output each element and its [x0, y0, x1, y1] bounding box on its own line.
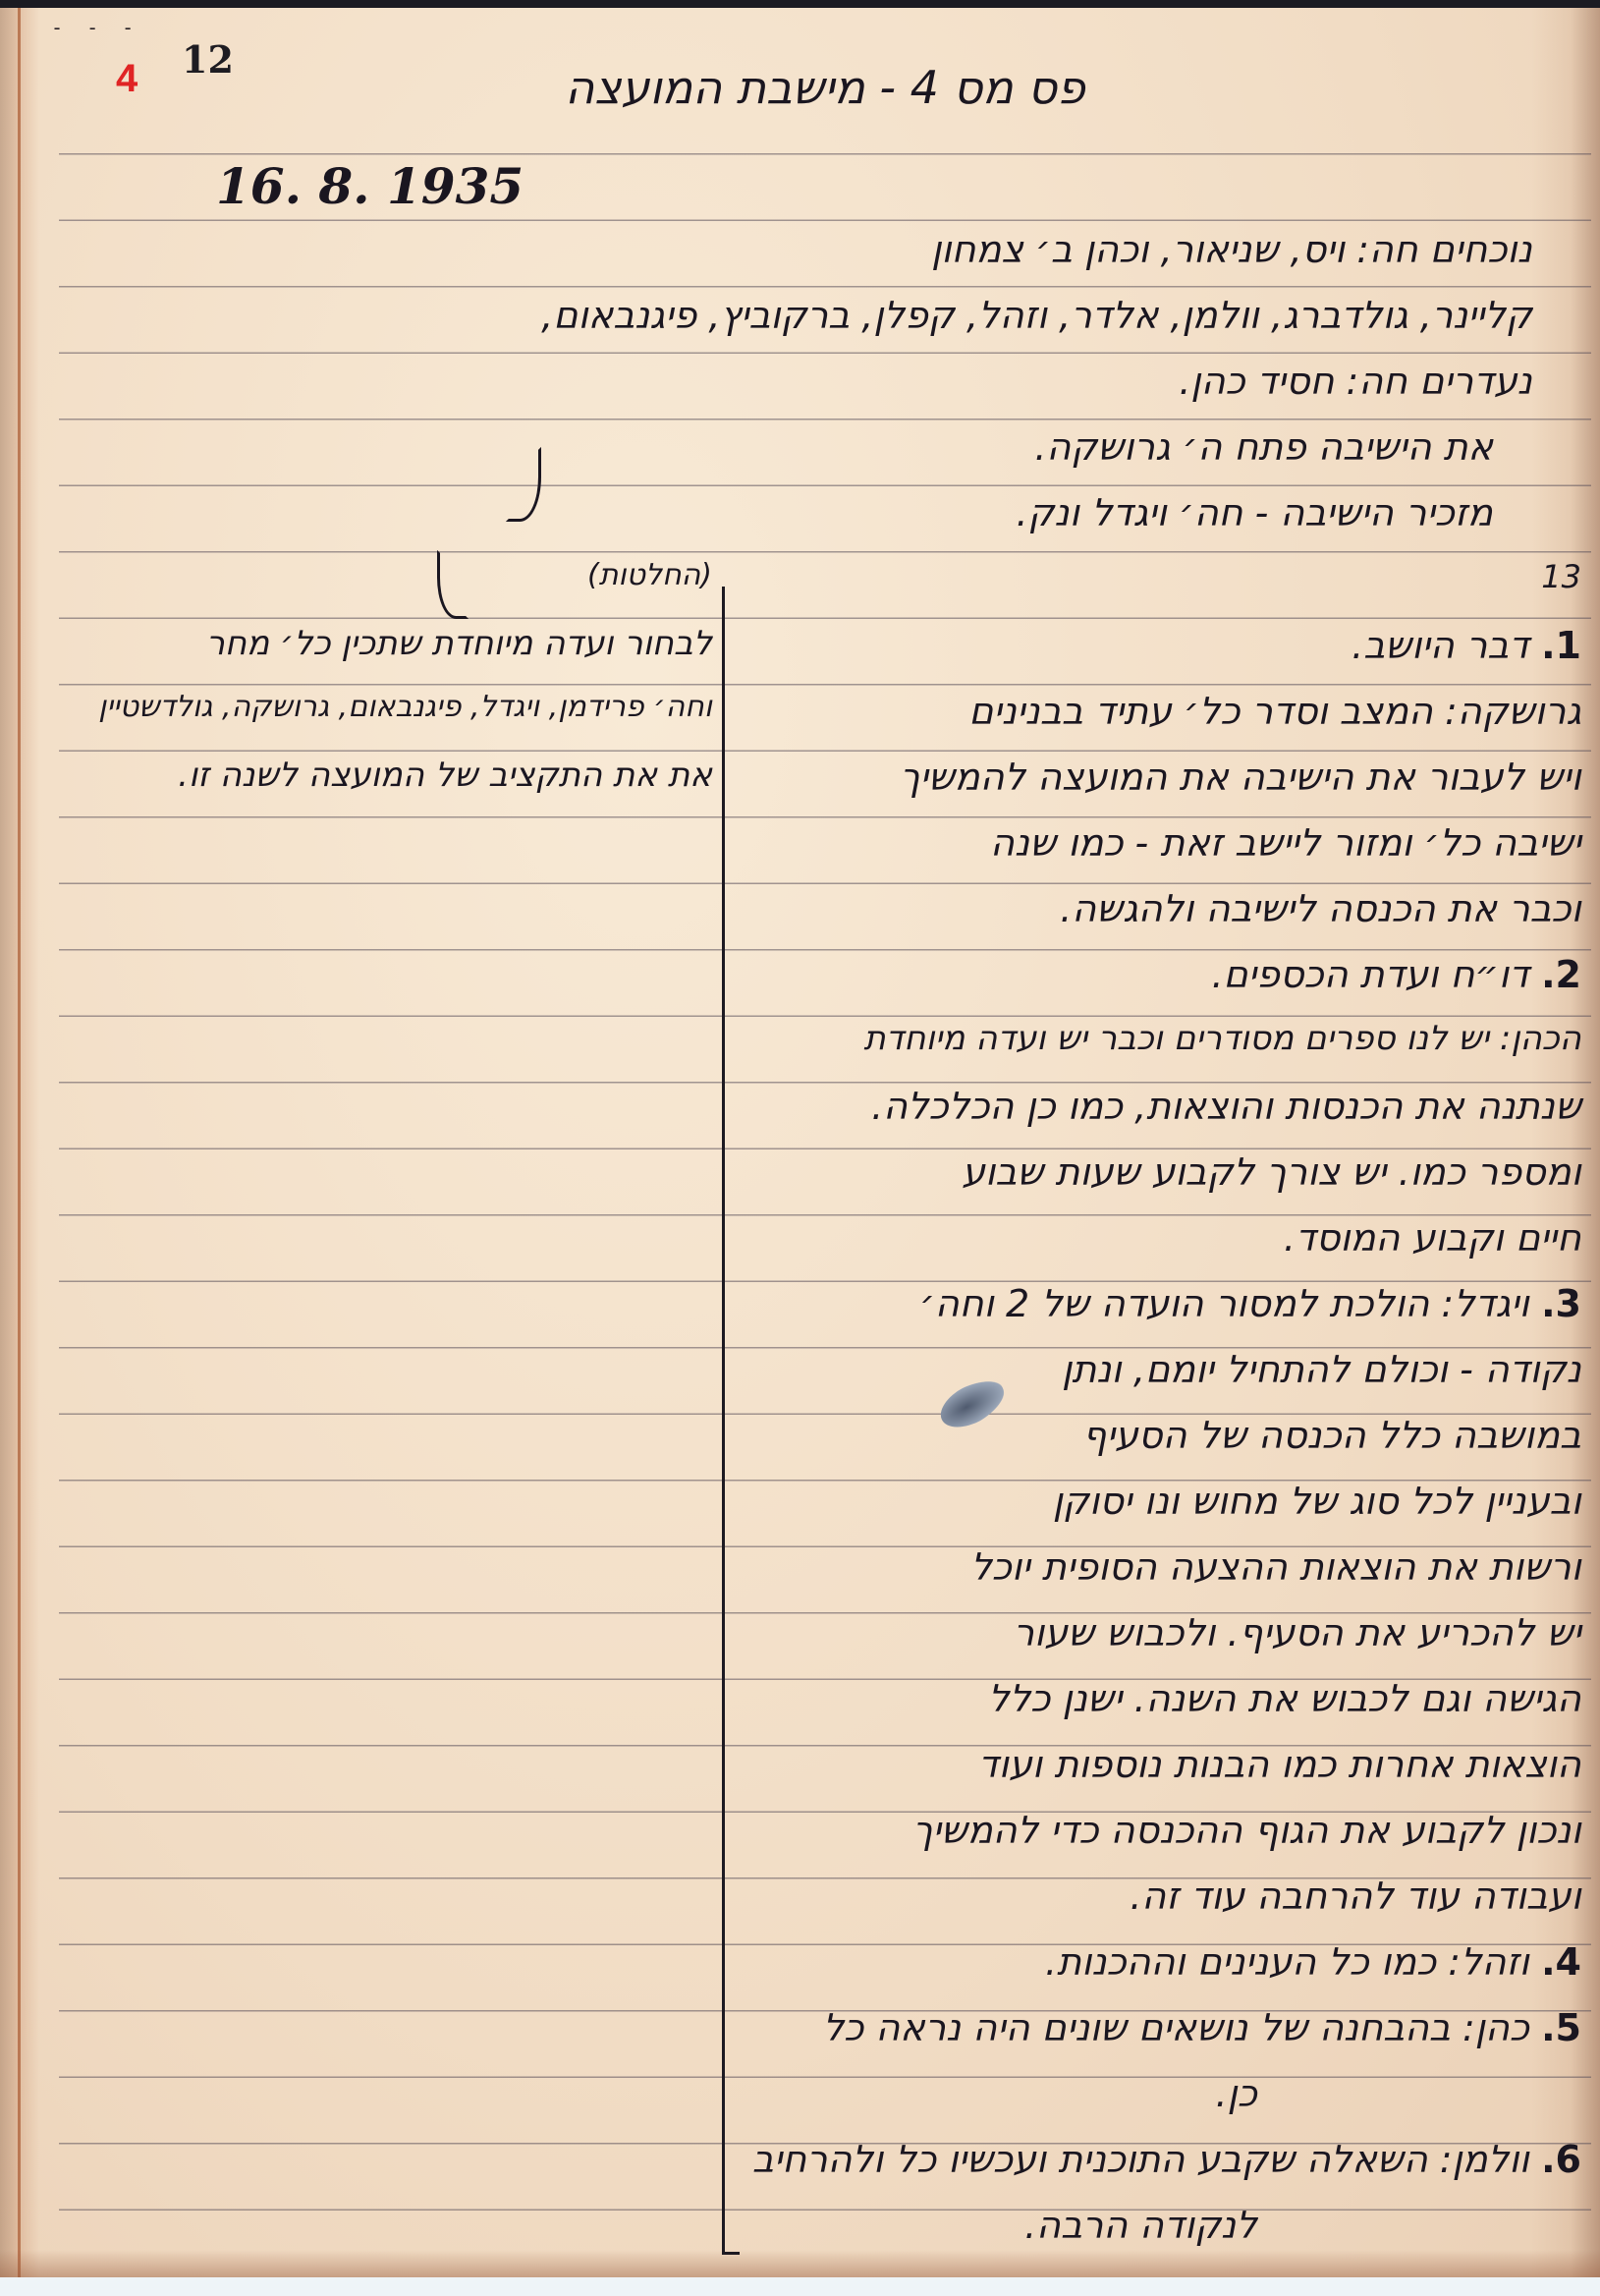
page-margin-line — [18, 8, 21, 2277]
header-dashes: - - - — [51, 16, 139, 39]
page-title: פס מס 4 - מישבת המועצה — [471, 61, 1179, 114]
scan-top-edge — [0, 0, 1600, 8]
agenda-line: יש להכריע את הסעיף. ולכבוש שעור — [746, 1611, 1581, 1654]
agenda-item-title: דו״ח ועדת הכספים. — [1211, 953, 1529, 996]
decision-line: לבחור ועדה מיוחדת שתכין כל׳ מחר — [54, 624, 712, 663]
column-marker: 13 — [746, 558, 1581, 595]
secretary-line: מזכיר הישיבה - חה׳ ויגדל ונק. — [393, 491, 1493, 534]
decisions-heading: (החלטות) — [54, 558, 712, 592]
agenda-line: ונכון לקבוע את הגוף ההכנסה כדי להמשיך — [746, 1809, 1581, 1852]
meeting-date: 16. 8. 1935 — [216, 157, 524, 215]
attendees-line-1: נוכחים חה: ויס, שניאור, וכהן ב׳ צמחון — [324, 228, 1532, 271]
page-stamp: 4 — [116, 57, 138, 101]
agenda-line: 3. ויגדל: הולכת למסור הועדה של 2 וחה׳ — [746, 1282, 1581, 1325]
agenda-line: ישיבה כל׳ ומזור ליישב זאת - כמו שנה — [746, 821, 1581, 865]
agenda-line: הגישה וגם לכבוש את השנה. ישנן כלל — [746, 1677, 1581, 1720]
agenda-line: חיים וקבוע המוסד. — [746, 1216, 1581, 1260]
agenda-line: ובעניין לכל סוג של מחוש ונו יסוקן — [746, 1480, 1581, 1523]
decision-line: את את התקציב של המועצה לשנה זו. — [54, 756, 712, 795]
agenda-line: נקודה - וכולם להתחיל יומם, ונתן — [746, 1348, 1581, 1391]
opened-by-line: את הישיבה פתח ה׳ גרושקה. — [393, 425, 1493, 469]
notebook-page: - - - 4 12 פס מס 4 - מישבת המועצה 16. 8.… — [0, 0, 1600, 2296]
agenda-line: וכבר את הכנסה לישיבה ולהגשה. — [746, 887, 1581, 930]
agenda-line: הוצאות אחרות כמו הבנות נוספות ועוד — [746, 1743, 1581, 1786]
agenda-item-number: 3. — [1541, 1282, 1581, 1325]
agenda-line: הכהן: יש לנו ספרים מסודרים וכבר יש ועדה … — [746, 1019, 1581, 1058]
attendees-line-2: קליינר, גולדברג, וולמן, אלדר, וזהל, קפלן… — [98, 294, 1532, 337]
agenda-line: גרושקה: המצב וסדר כל׳ עתיד בבנינים — [746, 690, 1581, 733]
agenda-line: במושבה כלל הכנסה של הסעיף — [746, 1414, 1581, 1457]
agenda-line: שנתנה את הכנסות והוצאות, כמו כן הכלכלה. — [746, 1085, 1581, 1128]
page-number: 12 — [182, 37, 234, 82]
agenda-item-heading: 2. דו״ח ועדת הכספים. — [746, 953, 1581, 996]
agenda-line: 4. וזהל: כמו כל הענינים וההכנות. — [746, 1940, 1581, 1984]
scan-bottom-edge — [0, 2277, 1600, 2296]
agenda-item-number: 5. — [1541, 2006, 1581, 2049]
agenda-item-title: דבר היושב. — [1352, 624, 1529, 667]
agenda-item-heading: 1. דבר היושב. — [746, 624, 1581, 667]
column-divider-foot — [722, 2252, 740, 2255]
agenda-line: ומספר כמו. יש צורך לקבוע שעות שבוע — [746, 1150, 1581, 1194]
agenda-line: כן. — [746, 2072, 1257, 2115]
agenda-item-number: 1. — [1541, 624, 1581, 667]
agenda-line: ועבודה עוד להרחבה עוד זה. — [746, 1875, 1581, 1918]
agenda-line: 6. וולמן: השאלה שקבע התוכנית ועכשיו כל ו… — [746, 2138, 1581, 2181]
absentees-line: נעדרים חה: חסיד כהן. — [324, 360, 1532, 403]
agenda-line: לנקודה הרבה. — [746, 2204, 1257, 2247]
decision-line: וחה׳ פרידמן, ויגדל, פיגנבאום, גרושקה, גו… — [54, 690, 712, 724]
agenda-line: ויש לעבור את הישיבה את המועצה להמשיך — [746, 756, 1581, 799]
agenda-line: ורשות את הוצאות ההצעה הסופית יוכל — [746, 1545, 1581, 1589]
column-divider — [722, 587, 725, 2255]
page-bottom-shadow — [0, 2250, 1600, 2277]
agenda-item-number: 6. — [1541, 2138, 1581, 2181]
agenda-item-number: 2. — [1541, 953, 1581, 996]
agenda-item-number: 4. — [1541, 1940, 1581, 1984]
agenda-line: 5. כהן: בהבחנה של נושאים שונים היה נראה … — [746, 2006, 1581, 2049]
